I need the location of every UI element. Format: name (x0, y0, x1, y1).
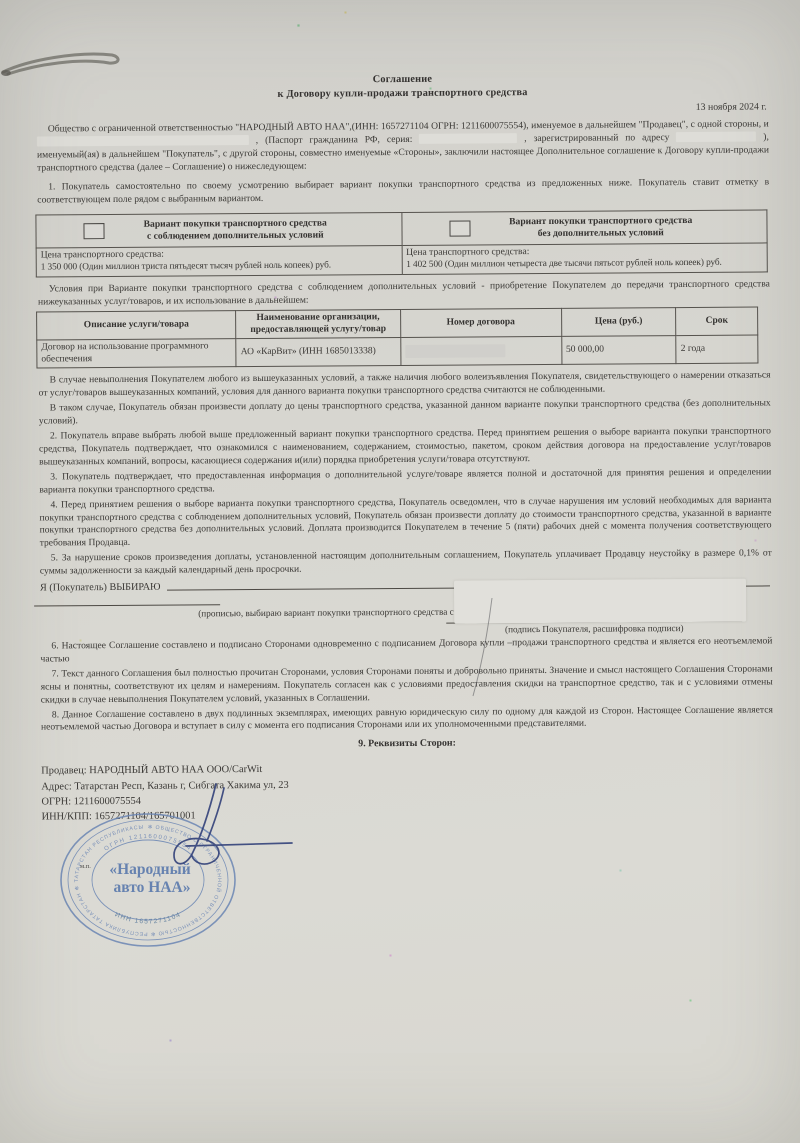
propisyu-row: (прописью, выбираю вариант покупки транс… (40, 590, 772, 625)
option-b-price: 1 402 500 (Один миллион четыреста две ты… (406, 257, 763, 272)
document-scan: Соглашение к Договору купли-продажи тран… (0, 0, 800, 1143)
option-b-checkbox (449, 221, 470, 237)
stamp-ogrn-text: ОГРН 1211600075554 (103, 834, 192, 853)
stamp-ring-text: ✻ ОБЩЕСТВО С ОГРАНИЧЕННОЙ ОТВЕТСТВЕННОСТ… (56, 810, 223, 937)
paragraph-5: 5. За нарушение сроков произведения допл… (40, 548, 772, 579)
option-a-title-line1: Вариант покупки транспортного средства (104, 218, 366, 231)
cell-service-desc: Договор на использование программного об… (37, 339, 237, 369)
col-header-contract-number: Номер договора (400, 309, 561, 338)
cell-contract-number (400, 337, 561, 366)
option-b-price-cell: Цена транспортного средства: 1 402 500 (… (402, 243, 768, 275)
doc-date: 13 ноября 2024 г. (37, 101, 767, 117)
paragraph-incase: В случае невыполнения Покупателем любого… (39, 370, 771, 401)
stamp-inn-text: ИНН 1657271104 (114, 911, 183, 925)
stamp-mp-label: м.п. (80, 863, 91, 870)
stamp-center-line1: «Народный (109, 861, 190, 878)
intro-paragraph: Общество с ограниченной ответственностью… (37, 118, 769, 175)
option-b-title-line1: Вариант покупки транспортного средства (470, 215, 732, 228)
cell-term: 2 года (676, 335, 758, 364)
paragraph-3: 3. Покупатель подтверждает, что предоста… (39, 466, 771, 497)
col-header-organization: Наименование организации, предоставляюще… (236, 310, 400, 339)
services-table: Описание услуги/товара Наименование орга… (36, 307, 758, 369)
choice-blank-line-2 (34, 604, 220, 606)
option-b-title-line2: без дополнительных условий (470, 227, 732, 240)
svg-text:ОГРН 1211600075554: ОГРН 1211600075554 (103, 834, 192, 853)
paragraph-then: В таком случае, Покупатель обязан произв… (39, 398, 771, 429)
intro-seg2: , (Паспорт гражданина РФ, серия: (256, 134, 413, 146)
col-header-price: Цена (руб.) (561, 308, 676, 337)
purchase-options-table: Вариант покупки транспортного средства с… (35, 210, 767, 277)
signature-caption: (подпись Покупателя, расшифровка подписи… (446, 623, 742, 635)
redacted-buyer-name (37, 135, 249, 146)
redacted-address (676, 131, 756, 142)
choose-label: Я (Покупатель) ВЫБИРАЮ (40, 582, 161, 594)
paragraph-1: 1. Покупатель самостоятельно по своему у… (37, 176, 769, 207)
option-a-price: 1 350 000 (Один миллион триста пятьдесят… (41, 259, 398, 274)
paragraph-8: 8. Данное Соглашение составлено в двух п… (41, 704, 773, 735)
cell-price: 50 000,00 (561, 336, 676, 365)
svg-text:✻ ОБЩЕСТВО С ОГРАНИЧЕННОЙ ОТВЕ: ✻ ОБЩЕСТВО С ОГРАНИЧЕННОЙ ОТВЕТСТВЕННОСТ… (56, 810, 223, 937)
stamp-center-line2: авто НАА» (114, 879, 191, 896)
redacted-passport-series (419, 133, 517, 144)
redacted-contract-number (405, 345, 505, 359)
paragraph-2: 2. Покупатель вправе выбрать любой выше … (39, 425, 771, 469)
paragraph-4: 4. Перед принятием решения о выборе вари… (39, 494, 771, 551)
agreement-page: Соглашение к Договору купли-продажи тран… (0, 0, 800, 825)
option-a-header-cell: Вариант покупки транспортного средства с… (36, 213, 402, 248)
doc-title: Соглашение (36, 71, 768, 87)
company-stamp: ✻ ОБЩЕСТВО С ОГРАНИЧЕННОЙ ОТВЕТСТВЕННОСТ… (56, 810, 246, 955)
section-9-heading: 9. Реквизиты Сторон: (41, 736, 773, 752)
redacted-choice-area (454, 579, 746, 624)
col-header-service: Описание услуги/товара (37, 311, 237, 340)
requisites-block: Продавец: НАРОДНЫЙ АВТО НАА ООО/CarWit А… (41, 759, 773, 825)
option-a-checkbox (83, 223, 104, 239)
option-b-header-cell: Вариант покупки транспортного средства б… (401, 210, 767, 245)
paragraph-7: 7. Текст данного Соглашения был полность… (41, 663, 773, 707)
paragraph-6: 6. Настоящее Соглашение составлено и под… (40, 635, 772, 666)
photo-noise (0, 0, 1, 1)
col-header-term: Срок (676, 307, 758, 335)
cell-organization: АО «КарВит» (ИНН 1685013338) (236, 338, 400, 367)
svg-text:ИНН 1657271104: ИНН 1657271104 (114, 911, 183, 925)
propisyu-note: (прописью, выбираю вариант покупки транс… (198, 608, 474, 620)
option-a-price-cell: Цена транспортного средства: 1 350 000 (… (36, 245, 402, 277)
doc-subtitle: к Договору купли-продажи транспортного с… (37, 85, 769, 101)
services-table-row: Договор на использование программного об… (37, 335, 758, 368)
conditions-paragraph: Условия при Варианте покупки транспортно… (38, 278, 770, 309)
intro-seg3: , зарегистрированный по адресу (524, 132, 669, 144)
option-a-title-line2: с соблюдением дополнительных условий (105, 229, 367, 242)
